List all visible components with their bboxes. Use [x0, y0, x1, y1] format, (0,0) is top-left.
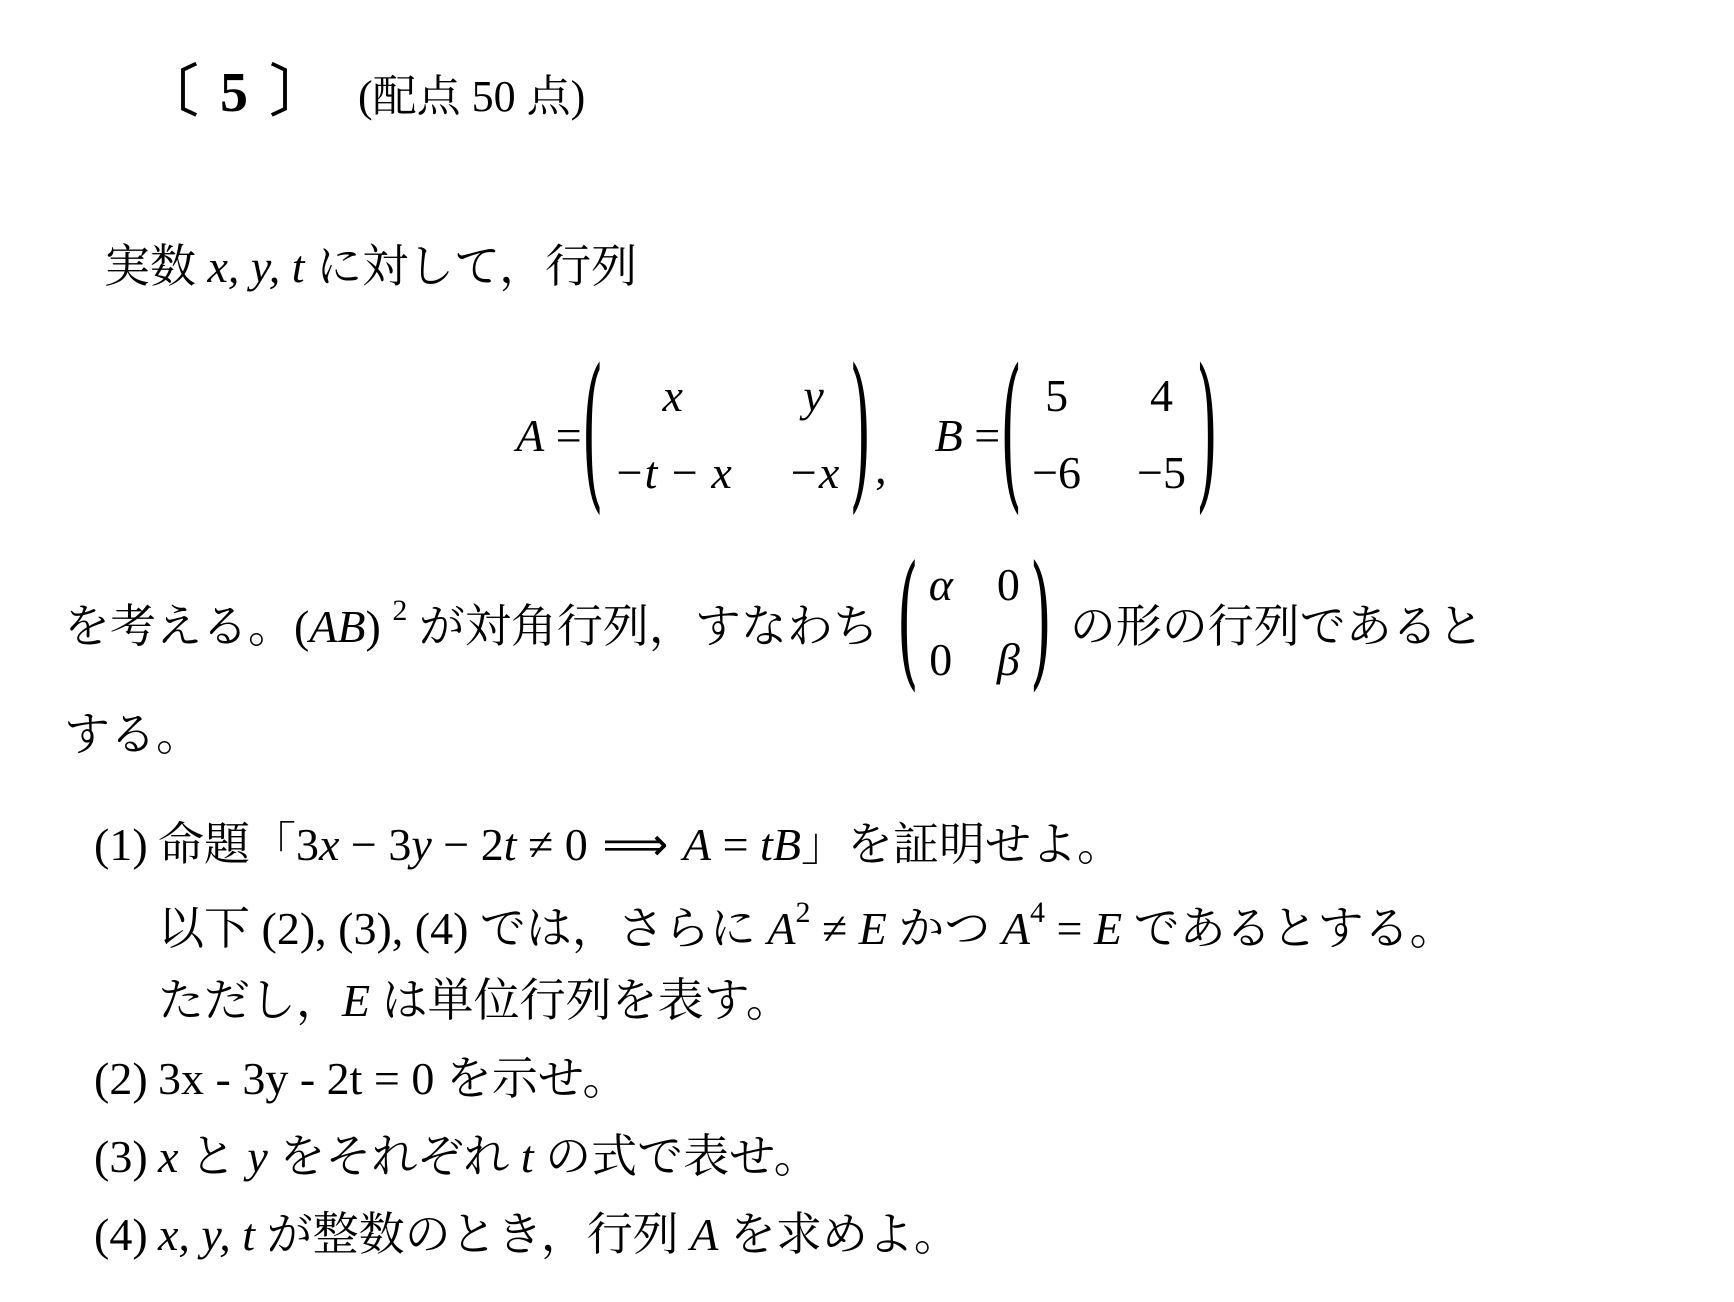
math-segment: =: [963, 410, 1000, 461]
condition-text-tail: する。: [64, 706, 202, 764]
math-segment: E: [1094, 903, 1122, 954]
matrix-b-lhs: B =: [935, 409, 1001, 462]
math-segment: ): [366, 601, 393, 652]
math-segment: では，さらに: [480, 903, 768, 954]
matrix-left-paren: (: [897, 550, 919, 696]
math-segment: x, y, t: [158, 1209, 255, 1260]
matrix-a: (xy−t − x−x): [582, 371, 871, 498]
math-segment: の形の行列であると: [1070, 601, 1484, 652]
math-segment: ≠ 0: [517, 819, 588, 870]
math-segment: は単位行列を表す。: [370, 975, 792, 1026]
matrix-b: (54−6−5): [1000, 371, 1218, 498]
math-segment: A: [683, 819, 711, 870]
math-segment: AB: [309, 601, 365, 652]
math-segment: tB: [760, 819, 801, 870]
math-segment: ただし，: [158, 975, 342, 1026]
math-segment: の式で表せ。: [534, 1131, 820, 1182]
math-segment: =: [544, 410, 581, 461]
math-segment: を示せ。: [446, 1053, 629, 1104]
matrix-cell: 4: [1150, 371, 1173, 422]
item-1-line-2: 以下 (2), (3), (4) では，さらに A2 ≠ E かつ A4 = E…: [158, 894, 1456, 958]
item-4-line-1: x, y, t が整数のとき，行列 A を求めよ。: [158, 1209, 960, 1260]
math-segment: かつ: [887, 903, 1002, 954]
matrix-cells: 54−6−5: [1032, 371, 1186, 498]
math-segment: が対角行列，すなわち: [407, 601, 879, 652]
problem-heading: 〔 5 〕(配点 50 点): [142, 48, 585, 128]
condition-paragraph: を考える。(AB) 2 が対角行列，すなわち (α00β) の形の行列であると: [64, 543, 1484, 703]
problem-number: 〔 5 〕: [142, 62, 330, 124]
math-segment: A: [516, 410, 544, 461]
math-segment: 命題「: [158, 819, 296, 870]
math-segment: E: [342, 975, 370, 1026]
math-segment: (2), (3), (4): [262, 903, 480, 954]
math-segment: 以下: [158, 903, 262, 954]
diagonal-matrix: (α00β): [897, 560, 1052, 685]
math-segment: x, y, t: [208, 241, 305, 292]
math-segment: を考える。: [64, 601, 294, 652]
matrix-left-paren: (: [582, 351, 604, 519]
math-segment: 3: [296, 819, 319, 870]
matrix-cell: 5: [1045, 371, 1068, 422]
item-2-line-1: 3x - 3y - 2t = 0 を示せ。: [158, 1053, 628, 1104]
math-segment: (: [294, 601, 309, 652]
condition-text-post: の形の行列であると: [1070, 590, 1484, 656]
condition-text-pre: を考える。(AB) 2 が対角行列，すなわち: [64, 590, 879, 656]
matrix-cell: y: [803, 371, 823, 422]
item-4-label: (4): [94, 1206, 158, 1264]
math-segment: t: [504, 819, 517, 870]
math-segment: であるとする。: [1122, 903, 1456, 954]
math-segment: が整数のとき，行列: [255, 1209, 690, 1260]
matrix-cell: x: [662, 371, 682, 422]
math-segment: ≠: [811, 903, 859, 954]
math-segment: y: [247, 1131, 267, 1182]
math-segment: A: [690, 1209, 718, 1260]
matrix-right-paren: ): [1196, 351, 1218, 519]
matrix-cell: α: [929, 560, 953, 611]
math-segment: 4: [1030, 896, 1045, 929]
item-1: (1)命題「3x − 3y − 2t ≠ 0 ⟹ A = tB」を証明せよ。: [94, 816, 1123, 874]
item-2-label: (2): [94, 1050, 158, 1108]
equation-comma: ,: [875, 441, 887, 494]
math-segment: x: [158, 1131, 178, 1182]
math-segment: =: [711, 819, 760, 870]
math-segment: に対して，行列: [305, 241, 638, 292]
math-segment: 2: [796, 896, 811, 929]
math-segment: E: [859, 903, 887, 954]
matrix-cell: −x: [788, 448, 839, 499]
matrix-cell: 0: [929, 635, 952, 686]
math-segment: t: [521, 1131, 534, 1182]
problem-points: (配点 50 点): [358, 72, 585, 121]
matrix-a-lhs: A =: [516, 409, 582, 462]
math-segment: を求めよ。: [718, 1209, 960, 1260]
math-segment: − 2: [432, 819, 504, 870]
math-segment: 」を証明せよ。: [801, 819, 1123, 870]
display-equation: A = (xy−t − x−x) , B = (54−6−5): [0, 340, 1734, 530]
math-segment: 3x - 3y - 2t = 0: [158, 1053, 446, 1104]
math-segment: =: [1045, 903, 1094, 954]
math-segment: x: [319, 819, 339, 870]
math-segment: ⟹: [588, 817, 683, 871]
math-segment: 実数: [104, 241, 208, 292]
matrix-cells: xy−t − x−x: [614, 371, 840, 498]
matrix-cells: α00β: [929, 560, 1020, 685]
item-3-line-1: x と y をそれぞれ t の式で表せ。: [158, 1131, 820, 1182]
matrix-cell: −t − x: [614, 448, 732, 499]
matrix-cell: β: [997, 635, 1020, 686]
math-segment: y: [411, 819, 431, 870]
math-segment: と: [178, 1131, 247, 1182]
math-segment: A: [767, 903, 795, 954]
matrix-cell: 0: [997, 560, 1020, 611]
exam-problem-page: 〔 5 〕(配点 50 点) 実数 x, y, t に対して，行列 A = (x…: [0, 0, 1734, 1302]
matrix-left-paren: (: [1000, 351, 1022, 519]
math-segment: − 3: [339, 819, 411, 870]
item-1-label: (1): [94, 816, 158, 874]
intro-sentence: 実数 x, y, t に対して，行列: [104, 238, 637, 296]
item-1-line-1: 命題「3x − 3y − 2t ≠ 0 ⟹ A = tB」を証明せよ。: [158, 819, 1123, 870]
math-segment: A: [1002, 903, 1030, 954]
math-segment: 2: [392, 594, 407, 627]
item-1-line-3: ただし，E は単位行列を表す。: [158, 972, 792, 1030]
matrix-right-paren: ): [849, 351, 871, 519]
matrix-cell: −5: [1137, 448, 1186, 499]
math-segment: B: [935, 410, 963, 461]
matrix-right-paren: ): [1030, 550, 1052, 696]
matrix-cell: −6: [1032, 448, 1081, 499]
math-segment: をそれぞれ: [268, 1131, 521, 1182]
item-3: (3)x と y をそれぞれ t の式で表せ。: [94, 1128, 820, 1186]
item-3-label: (3): [94, 1128, 158, 1186]
item-4: (4)x, y, t が整数のとき，行列 A を求めよ。: [94, 1206, 960, 1264]
item-2: (2)3x - 3y - 2t = 0 を示せ。: [94, 1050, 628, 1108]
